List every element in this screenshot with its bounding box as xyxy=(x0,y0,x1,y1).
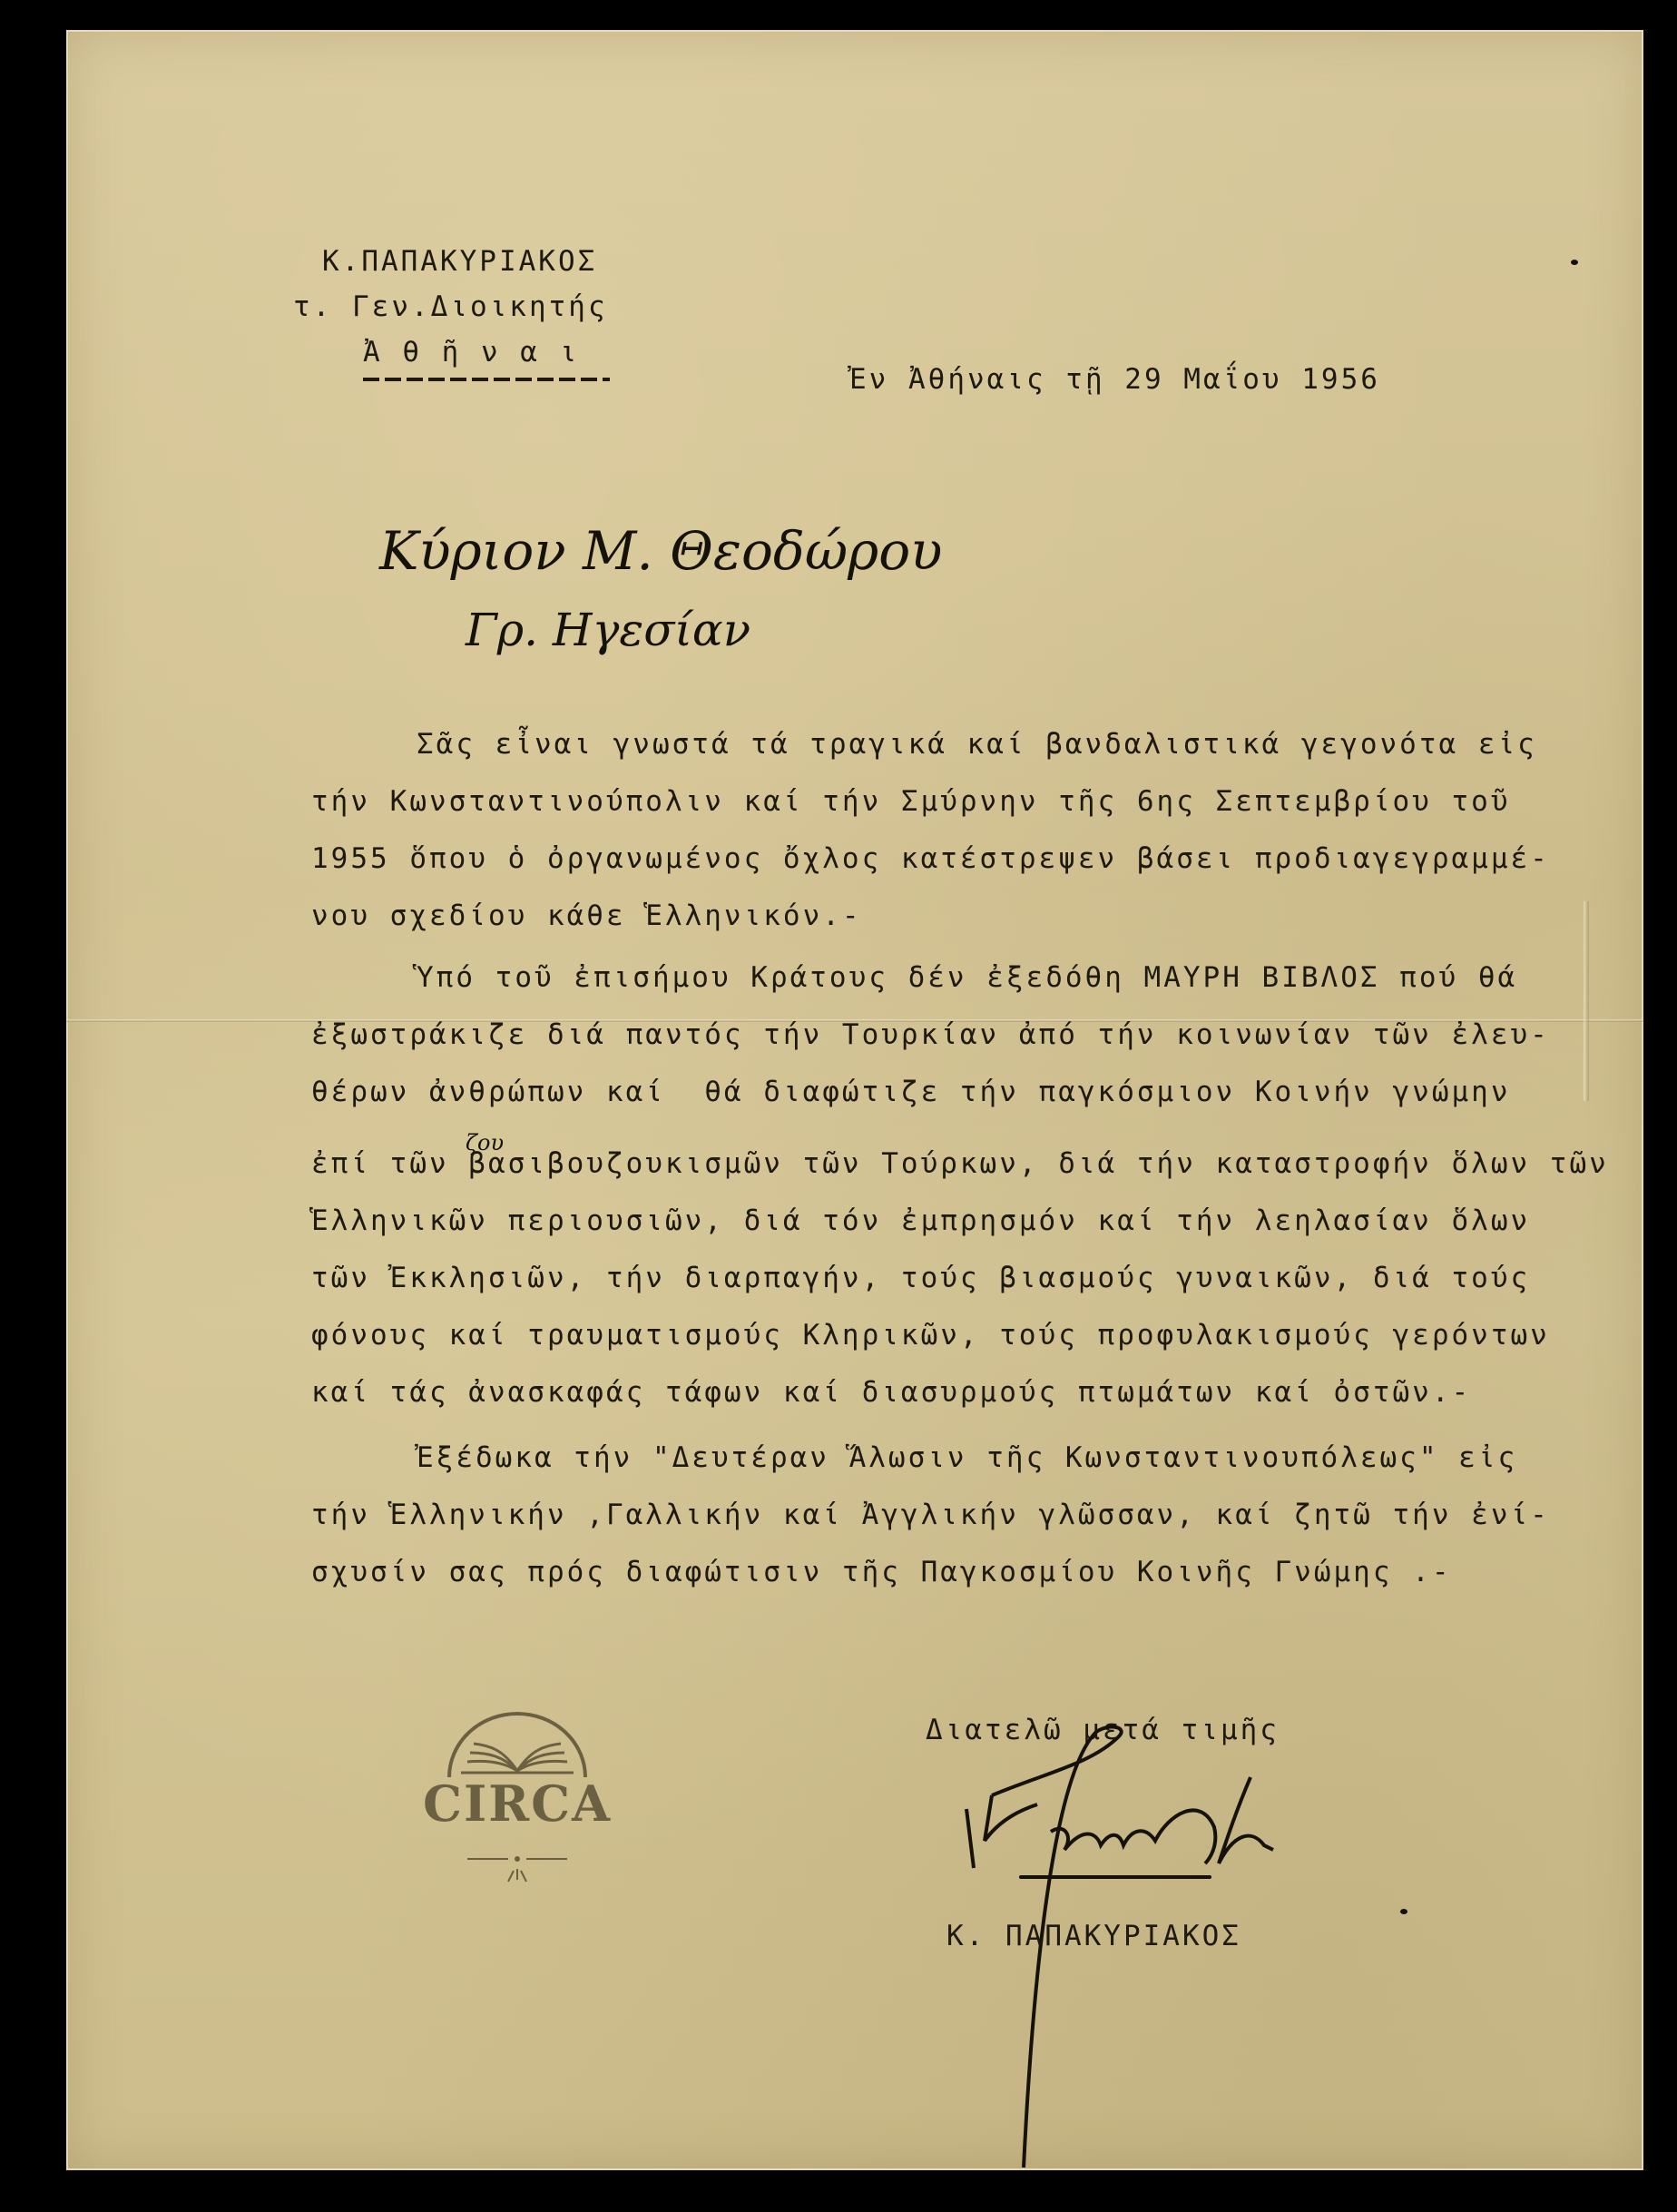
body-line: ἐξωστράκιζε διά παντός τήν Τουρκίαν ἀπό … xyxy=(311,1021,1550,1049)
body-line: ἐπί τῶν βασιβουζουκισμῶν τῶν Τούρκων, δι… xyxy=(311,1150,1609,1178)
body-line: Ὑπό τοῦ ἐπισήμου Κράτους δέν ἐξεδόθη ΜΑΥ… xyxy=(417,964,1517,992)
paper-fold-edge xyxy=(1584,901,1589,1101)
watermark-text: CIRCA xyxy=(417,1775,617,1833)
circa-watermark: CIRCA xyxy=(417,1709,617,1891)
body-line: καί τάς ἀνασκαφάς τάφων καί διασυρμούς π… xyxy=(311,1379,1471,1407)
body-line: 1955 ὅπου ὁ ὀργανωμένος ὄχλος κατέστρεψε… xyxy=(311,845,1550,873)
body-line: θέρων ἀνθρώπων καί θά διαφώτιζε τήν παγκ… xyxy=(311,1078,1510,1106)
body-line: νου σχεδίου κάθε Ἑλληνικόν.- xyxy=(311,902,862,930)
letter-page: Κ.ΠΑΠΑΚΥΡΙΑΚΟΣ τ. Γεν.Διοικητής Ἀ θ ῆ ν … xyxy=(66,30,1643,2170)
recipient-line-1: Κύριον Μ. Θεοδώρου xyxy=(379,520,942,582)
body-line: τήν Ἑλληνικήν ,Γαλλικήν καί Ἀγγλικήν γλῶ… xyxy=(311,1501,1550,1529)
body-line: Σᾶς εἶναι γνωστά τά τραγικά καί βανδαλισ… xyxy=(417,731,1537,759)
signature-name: Κ. ΠΑΠΑΚΥΡΙΑΚΟΣ xyxy=(946,1922,1241,1951)
body-line: φόνους καί τραυματισμούς Κληρικῶν, τούς … xyxy=(311,1322,1550,1350)
body-line: Ἐξέδωκα τήν "Δευτέραν Ἅλωσιν τῆς Κωνσταν… xyxy=(417,1444,1517,1472)
body-line: τήν Κωνσταντινούπολιν καί τήν Σμύρνην τῆ… xyxy=(311,788,1510,816)
body-line: σχυσίν σας πρός διαφώτισιν τῆς Παγκοσμίο… xyxy=(311,1558,1452,1587)
letterhead-city: Ἀ θ ῆ ν α ι xyxy=(363,339,579,367)
dateline: Ἐν Ἀθήναις τῇ 29 Μαΐου 1956 xyxy=(849,366,1380,394)
signature-underline xyxy=(1019,1875,1211,1879)
ink-speck xyxy=(1400,1909,1407,1914)
letterhead-name: Κ.ΠΑΠΑΚΥΡΙΑΚΟΣ xyxy=(322,248,597,276)
recipient-line-2: Γρ. Ηγεσίαν xyxy=(466,604,750,656)
city-underline xyxy=(363,378,610,381)
ink-speck xyxy=(1571,260,1578,265)
letterhead-title: τ. Γεν.Διοικητής xyxy=(293,293,608,321)
body-line: Ἑλληνικῶν περιουσιῶν, διά τόν ἐμπρησμόν … xyxy=(311,1207,1530,1235)
body-line: τῶν Ἐκκλησιῶν, τήν διαρπαγήν, τούς βιασμ… xyxy=(311,1264,1530,1293)
